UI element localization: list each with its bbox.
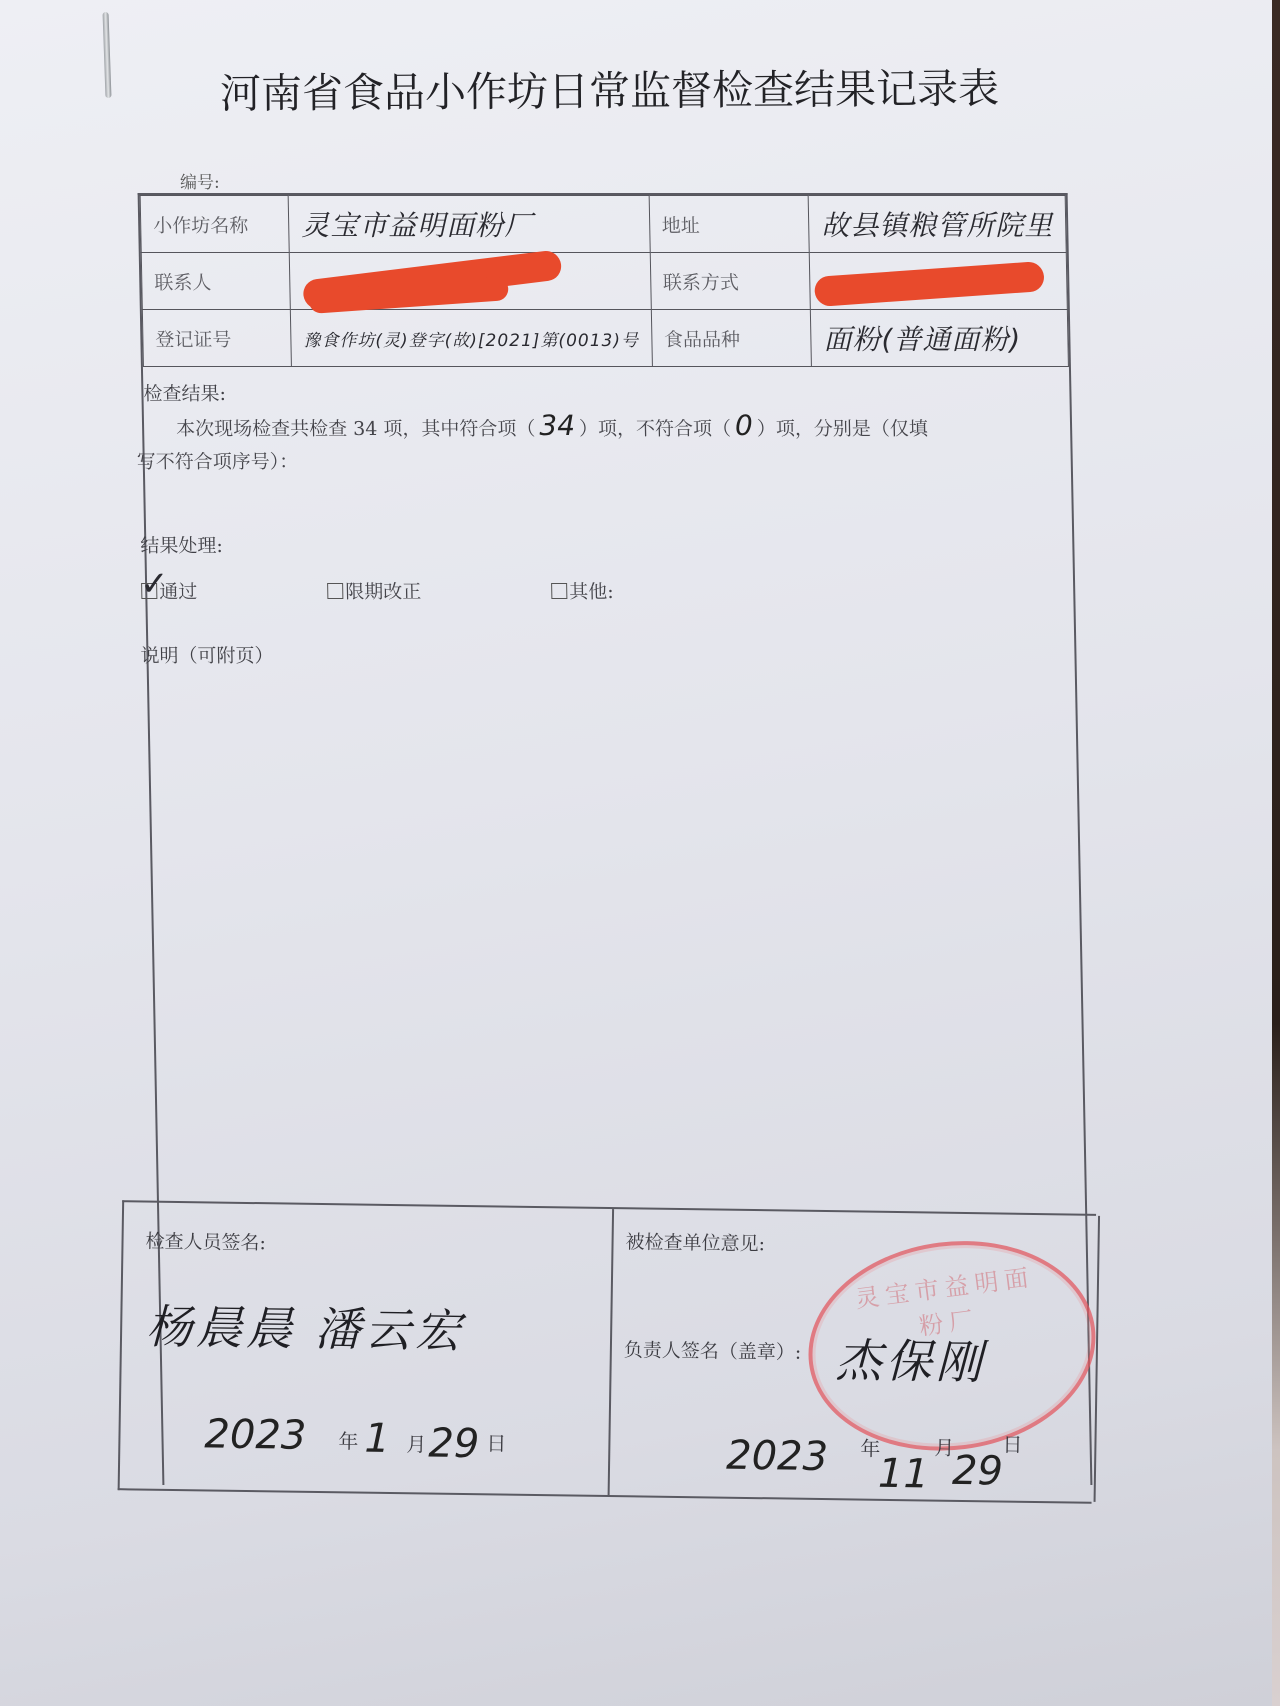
option-other-label: 其他: bbox=[569, 581, 614, 603]
inspector-date-year-unit: 年 bbox=[338, 1425, 358, 1454]
inspector-signatures: 杨晨晨 潘云宏 bbox=[146, 1291, 466, 1361]
inspector-date-month-unit: 月 bbox=[406, 1428, 426, 1457]
table-row: 小作坊名称 灵宝市益明面粉厂 地址 故县镇粮管所院里 bbox=[140, 196, 1066, 253]
inspected-unit-box: 被检查单位意见: 灵宝市益明面粉厂 负责人签名（盖章）: 杰保刚 2023 年 … bbox=[608, 1209, 1100, 1502]
result-handling-heading: 结果处理: bbox=[140, 531, 223, 558]
workshop-name-value: 灵宝市益明面粉厂 bbox=[288, 196, 650, 253]
registration-number-value: 豫食作坊(灵)登字(故)[2021]第(0013)号 bbox=[290, 310, 652, 367]
checkbox-rectify[interactable] bbox=[327, 583, 343, 599]
address-handwriting: 故县镇粮管所院里 bbox=[821, 209, 1054, 242]
results-text-part3: ）项，分别是（仅填 bbox=[757, 418, 928, 440]
registration-number-label: 登记证号 bbox=[142, 310, 291, 367]
contact-method-value bbox=[809, 253, 1067, 310]
unit-date-day: 29 bbox=[952, 1448, 1004, 1495]
contact-person-value bbox=[289, 253, 651, 310]
food-variety-label: 食品品种 bbox=[651, 310, 812, 367]
checkbox-other[interactable] bbox=[551, 583, 567, 599]
inspected-unit-opinion-label: 被检查单位意见: bbox=[625, 1227, 765, 1256]
doc-number-label: 编号: bbox=[180, 168, 220, 193]
results-text-part1: 本次现场检查共检查 34 项，其中符合项（ bbox=[176, 418, 536, 440]
results-text-part2: ）项，不符合项（ bbox=[579, 418, 731, 440]
option-other[interactable]: 其他: bbox=[551, 577, 614, 604]
workshop-name-handwriting: 灵宝市益明面粉厂 bbox=[301, 209, 534, 242]
address-value: 故县镇粮管所院里 bbox=[808, 196, 1066, 253]
noncompliant-count: 0 bbox=[731, 409, 757, 442]
registration-number-handwriting: 豫食作坊(灵)登字(故)[2021]第(0013)号 bbox=[303, 331, 639, 351]
remarks-heading: 说明（可附页） bbox=[140, 641, 274, 668]
inspection-results-text-line2: 写不符合项序号）： bbox=[136, 447, 298, 474]
workshop-name-label: 小作坊名称 bbox=[140, 196, 289, 253]
signature-section: 检查人员签名: 杨晨晨 潘云宏 2023 年 1 月 29 日 被检查单位意见:… bbox=[118, 1200, 1096, 1504]
checkmark-icon: ✓ bbox=[140, 564, 169, 604]
form-frame: 小作坊名称 灵宝市益明面粉厂 地址 故县镇粮管所院里 联系人 联系方式 bbox=[138, 193, 1093, 1485]
document-page: 河南省食品小作坊日常监督检查结果记录表 编号: 小作坊名称 灵宝市益明面粉厂 地… bbox=[0, 0, 1280, 1706]
inspection-results-text: 本次现场检查共检查 34 项，其中符合项（34）项，不符合项（0）项，分别是（仅… bbox=[176, 409, 928, 442]
checkbox-pass[interactable]: ✓ bbox=[141, 583, 157, 599]
inspector-date-year: 2023 bbox=[204, 1411, 307, 1458]
info-table: 小作坊名称 灵宝市益明面粉厂 地址 故县镇粮管所院里 联系人 联系方式 bbox=[140, 195, 1069, 367]
compliant-count: 34 bbox=[535, 409, 579, 442]
option-pass[interactable]: ✓通过 bbox=[141, 577, 198, 604]
responsible-signature-label: 负责人签名（盖章）: bbox=[624, 1335, 802, 1364]
table-row: 登记证号 豫食作坊(灵)登字(故)[2021]第(0013)号 食品品种 面粉(… bbox=[142, 310, 1068, 367]
option-rectify-label: 限期改正 bbox=[345, 581, 421, 603]
unit-date-year: 2023 bbox=[726, 1433, 829, 1480]
document-title: 河南省食品小作坊日常监督检查结果记录表 bbox=[220, 55, 1040, 120]
responsible-signature: 杰保刚 bbox=[835, 1324, 986, 1392]
address-label: 地址 bbox=[649, 196, 810, 253]
inspector-signature-label: 检查人员签名: bbox=[145, 1227, 266, 1256]
option-rectify[interactable]: 限期改正 bbox=[327, 577, 422, 604]
inspector-date-month: 1 bbox=[364, 1416, 390, 1462]
table-row: 联系人 联系方式 bbox=[141, 253, 1067, 310]
inspector-date-day-unit: 日 bbox=[486, 1427, 506, 1456]
food-variety-value: 面粉(普通面粉) bbox=[810, 310, 1068, 367]
inspector-date-day: 29 bbox=[428, 1421, 480, 1468]
contact-person-label: 联系人 bbox=[141, 253, 290, 310]
food-variety-handwriting: 面粉(普通面粉) bbox=[823, 323, 1021, 356]
unit-date-day-unit: 日 bbox=[1002, 1429, 1022, 1458]
inspection-results-heading: 检查结果: bbox=[143, 379, 226, 406]
inspector-signature-box: 检查人员签名: 杨晨晨 潘云宏 2023 年 1 月 29 日 bbox=[120, 1202, 614, 1495]
unit-date-month: 11 bbox=[878, 1451, 930, 1498]
contact-method-label: 联系方式 bbox=[650, 253, 811, 310]
redaction-mark bbox=[813, 261, 1045, 307]
